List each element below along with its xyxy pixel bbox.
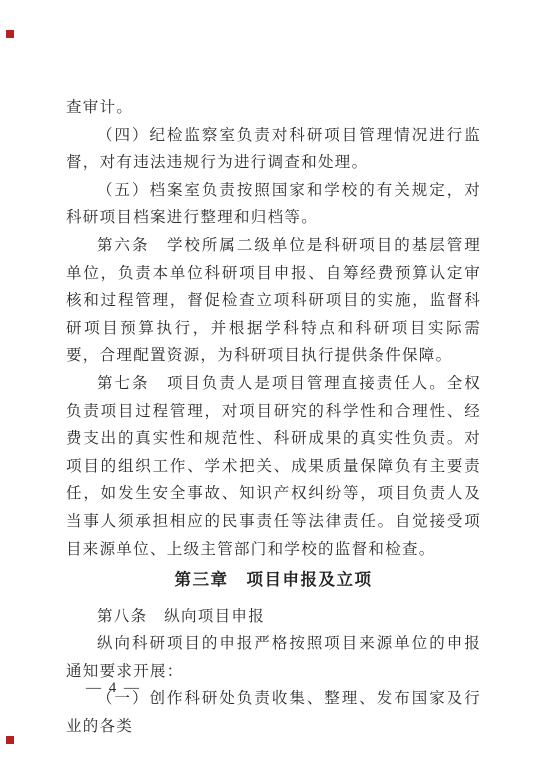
- paragraph: 查审计。: [66, 94, 481, 122]
- document-page: 查审计。（四）纪检监察室负责对科研项目管理情况进行监督，对有违法违规行为进行调查…: [0, 0, 543, 768]
- paragraph: 第七条 项目负责人是项目管理直接责任人。全权负责项目过程管理，对项目研究的科学性…: [66, 370, 481, 563]
- scan-mark-bottom-left: [6, 736, 14, 744]
- document-body: 查审计。（四）纪检监察室负责对科研项目管理情况进行监督，对有违法违规行为进行调查…: [66, 94, 481, 741]
- paragraph: 第八条 纵向项目申报: [66, 603, 481, 631]
- page-number: — 4 —: [86, 680, 141, 697]
- scan-mark-top-left: [6, 30, 14, 38]
- paragraph: （四）纪检监察室负责对科研项目管理情况进行监督，对有违法违规行为进行调查和处理。: [66, 122, 481, 177]
- chapter-heading: 第三章 项目申报及立项: [66, 567, 481, 595]
- paragraph: 纵向科研项目的申报严格按照项目来源单位的申报通知要求开展：: [66, 630, 481, 685]
- paragraph: 第六条 学校所属二级单位是科研项目的基层管理单位，负责本单位科研项目申报、自筹经…: [66, 232, 481, 370]
- paragraph: （五）档案室负责按照国家和学校的有关规定，对科研项目档案进行整理和归档等。: [66, 177, 481, 232]
